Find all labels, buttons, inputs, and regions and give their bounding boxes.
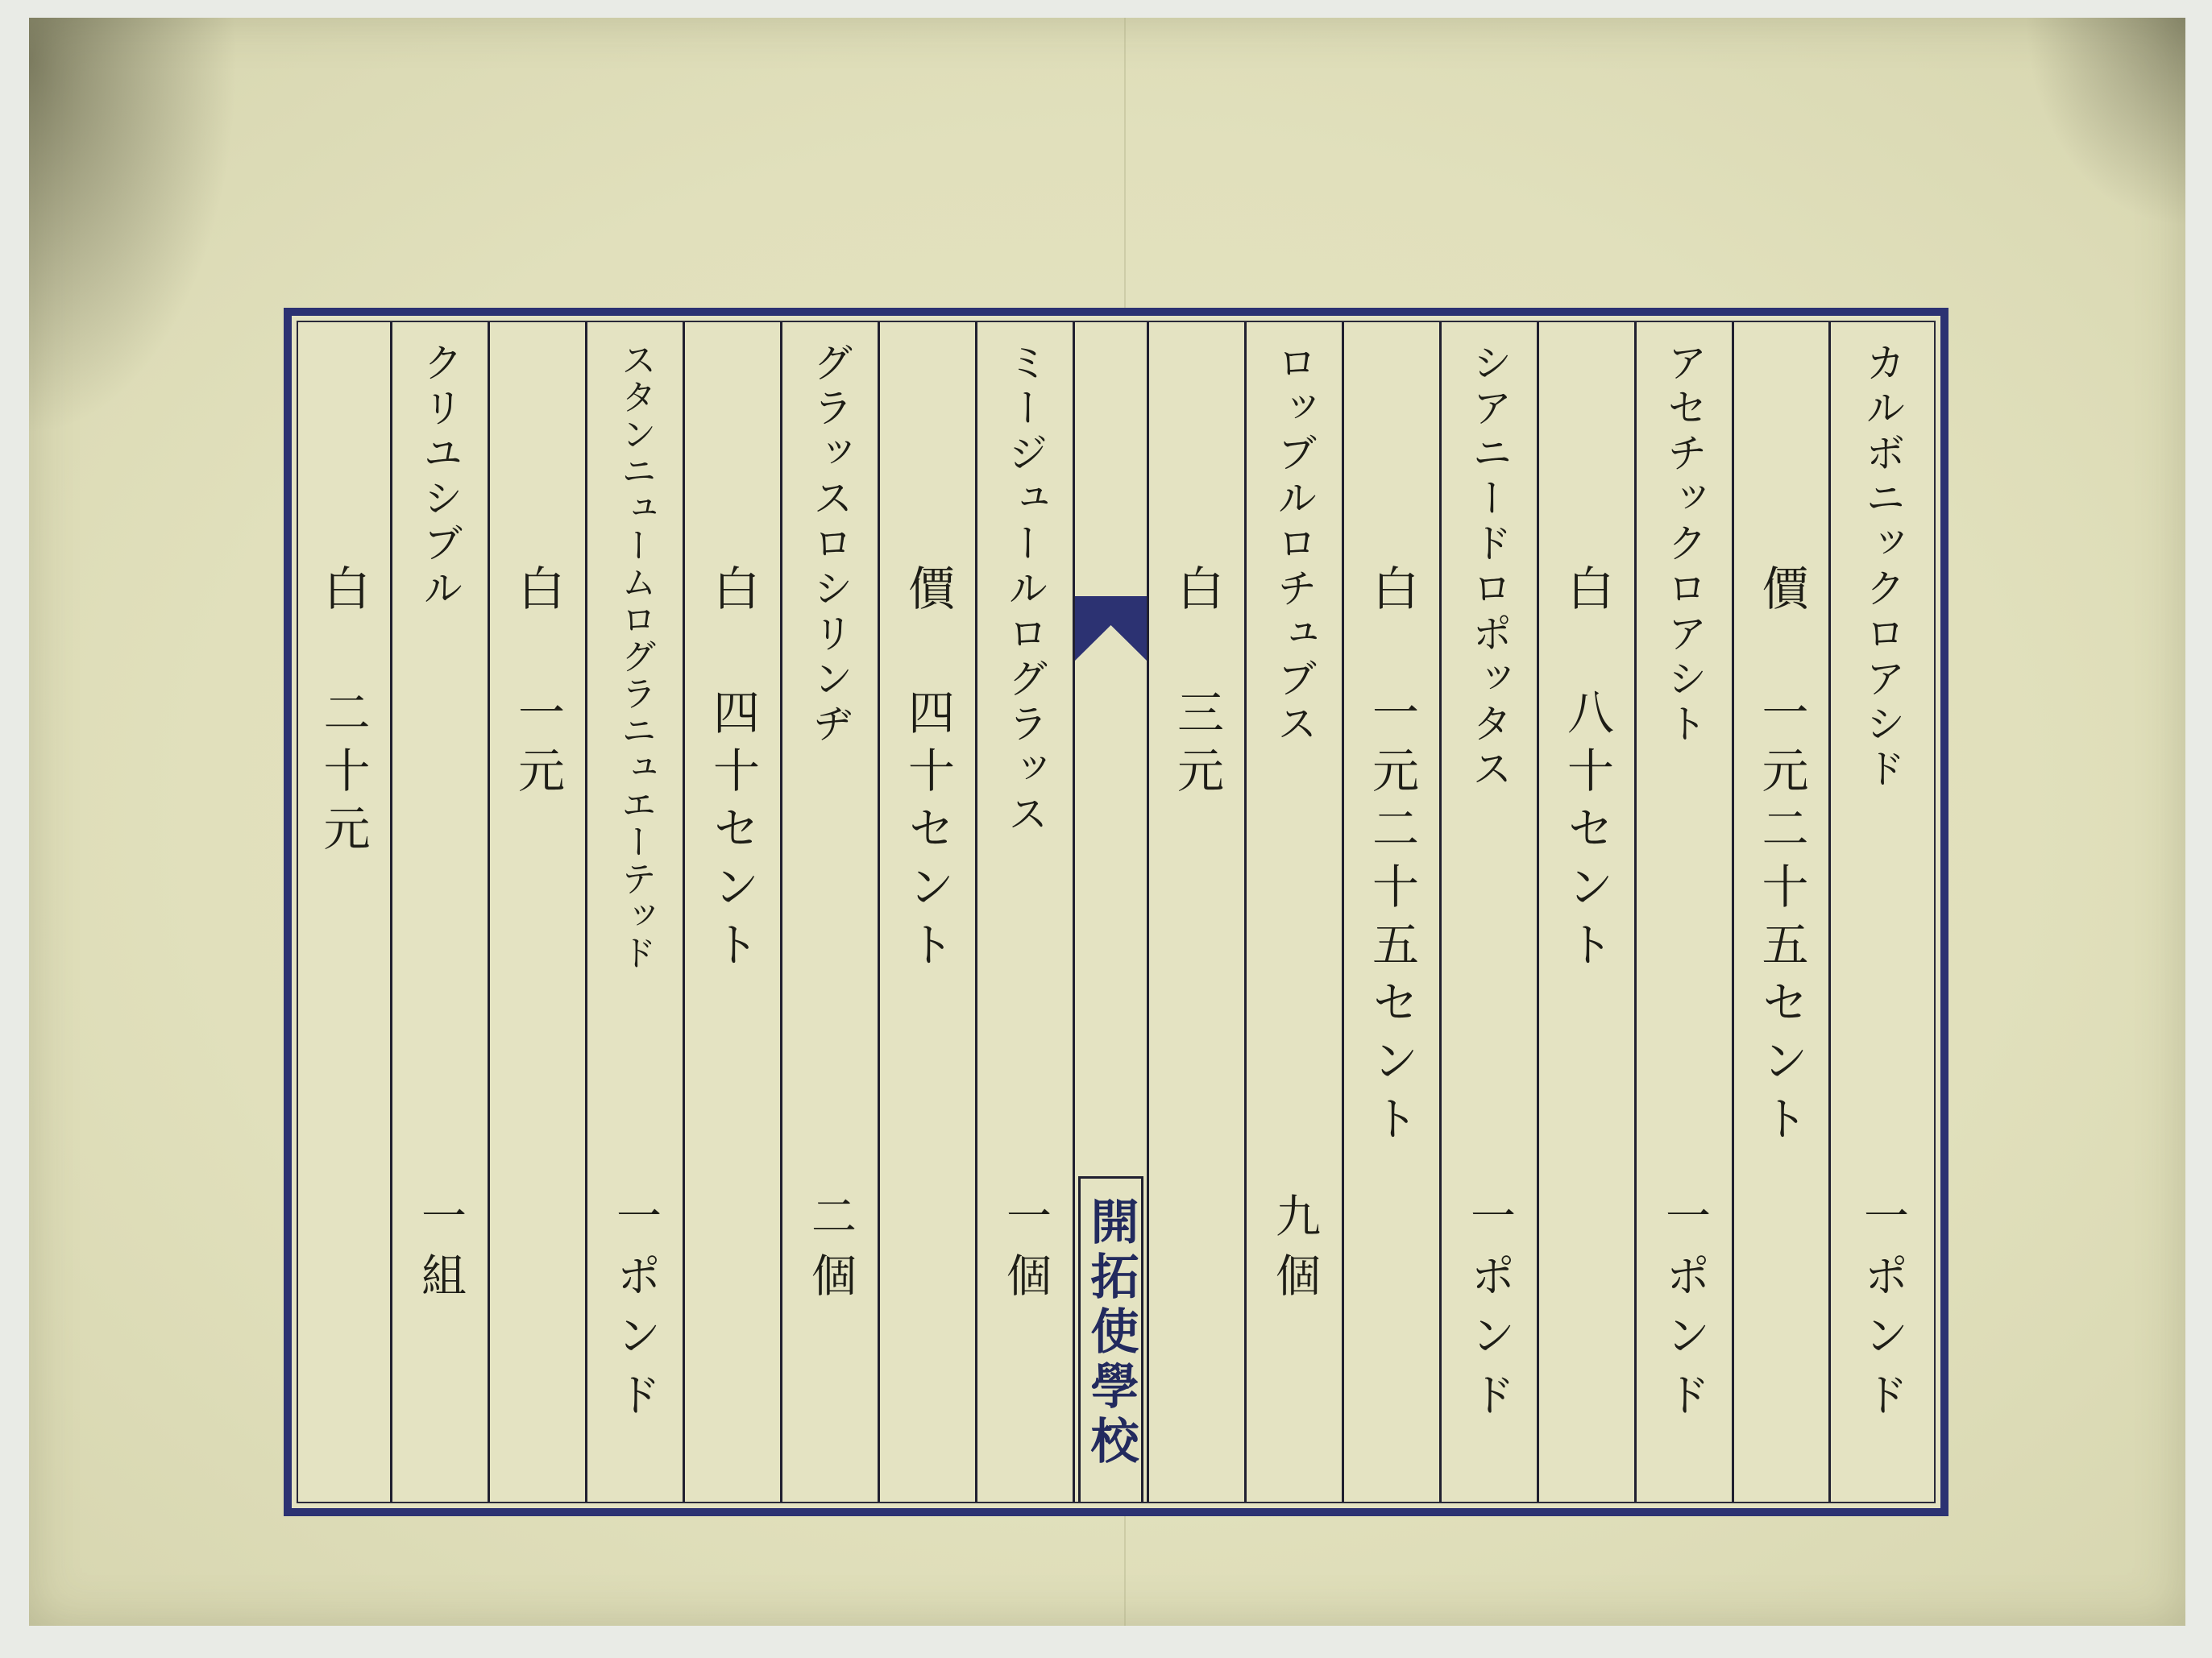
center-spine: 開拓使學校 [1073, 322, 1147, 1502]
item-quantity: 一ポンド [1662, 1192, 1707, 1431]
item-name: アセチックロアシト [1664, 342, 1704, 748]
item-name: クリユシブル [420, 342, 460, 612]
item-quantity: 一ポンド [1467, 1192, 1512, 1431]
item-price: 價 一元二十五セント [1758, 564, 1805, 1152]
item-column: ロッブルロチュブス 九個 [1244, 322, 1342, 1502]
item-price: 白 一元二十五セント [1368, 564, 1415, 1152]
item-quantity: 二個 [807, 1192, 853, 1312]
item-quantity: 九個 [1272, 1192, 1317, 1312]
price-column: 白 四十セント [683, 322, 780, 1502]
item-price: 白 一元 [514, 564, 561, 804]
item-price: 白 八十セント [1563, 564, 1610, 978]
item-name: グラッスロシリンヂ [810, 342, 850, 748]
price-column: 價 四十セント [878, 322, 975, 1502]
price-column: 價 一元二十五セント [1732, 322, 1828, 1502]
issuer-name: 開拓使學校 [1077, 1196, 1146, 1470]
inner-border: カルボニックロアシド 一ポンド 價 一元二十五セント アセチックロアシト 一ポン… [297, 321, 1936, 1503]
item-price: 白 四十セント [709, 564, 756, 978]
item-column: シアニードロポッタス 一ポンド [1439, 322, 1537, 1502]
item-quantity: 一個 [1002, 1192, 1048, 1312]
item-name: スタンニュームログラニュエーテッド [617, 342, 653, 972]
item-price: 價 四十セント [904, 564, 951, 978]
price-column: 白 八十セント [1537, 322, 1634, 1502]
item-column: カルボニックロアシド 一ポンド [1828, 322, 1934, 1502]
price-column: 白 一元二十五セント [1342, 322, 1439, 1502]
printed-frame: カルボニックロアシド 一ポンド 價 一元二十五セント アセチックロアシト 一ポン… [284, 308, 1948, 1516]
fish-tail-ribbon-icon [1075, 596, 1147, 661]
item-quantity: 一組 [417, 1192, 463, 1312]
item-column: ミージュールログラッス 一個 [975, 322, 1073, 1502]
item-price: 白 三元 [1173, 564, 1220, 804]
item-name: ミージュールログラッス [1005, 342, 1045, 838]
item-price: 白 二十元 [320, 564, 367, 862]
item-column: グラッスロシリンヂ 二個 [780, 322, 878, 1502]
ruled-columns: カルボニックロアシド 一ポンド 價 一元二十五セント アセチックロアシト 一ポン… [298, 322, 1934, 1502]
item-column: アセチックロアシト 一ポンド [1634, 322, 1732, 1502]
item-name: シアニードロポッタス [1469, 342, 1509, 793]
item-name: カルボニックロアシド [1862, 342, 1903, 793]
price-column: 白 三元 [1147, 322, 1244, 1502]
item-column: スタンニュームログラニュエーテッド 一ポンド [585, 322, 683, 1502]
price-column: 白 一元 [488, 322, 585, 1502]
item-quantity: 一ポンド [1860, 1192, 1905, 1431]
item-quantity: 一ポンド [612, 1192, 658, 1431]
item-column: クリユシブル 一組 [390, 322, 488, 1502]
price-column: 白 二十元 [296, 322, 390, 1502]
item-name: ロッブルロチュブス [1274, 342, 1314, 748]
